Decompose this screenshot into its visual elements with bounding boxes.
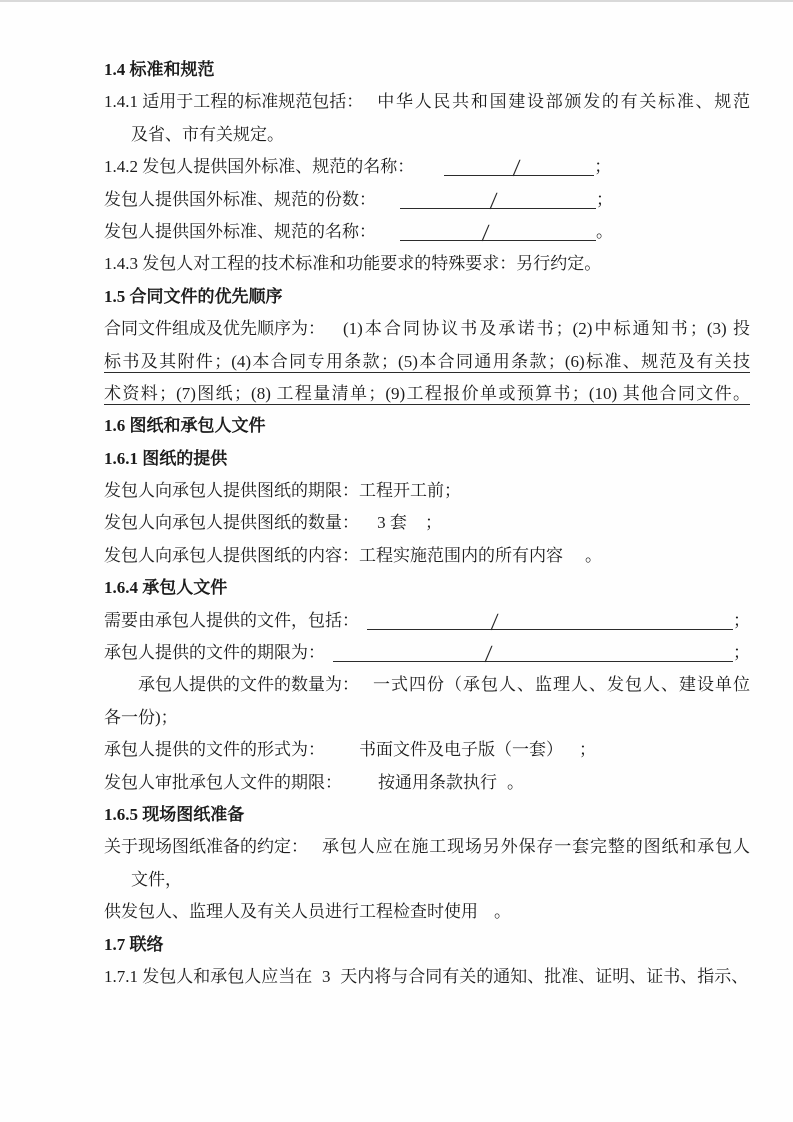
clause-text: 发包人提供国外标准、规范的份数： [104, 184, 376, 216]
blank-field: / [367, 615, 733, 630]
blank-field: / [444, 161, 594, 176]
filled-value: 3 套 [359, 507, 425, 539]
clause-1-4-2-copies: 发包人提供国外标准、规范的份数：/； [104, 184, 750, 216]
filled-value: 及省、市有关规定 [131, 119, 267, 151]
clause-1-6-4-quantity-cont: 各一份)； [104, 702, 750, 734]
clause-text: 1.4.1 适用于工程的标准规范包括： [104, 86, 363, 118]
clause-text: 。 [507, 767, 524, 799]
filled-value: 一式四份（承包人、监理人、发包人、建设单位 [359, 669, 750, 701]
clause-text: 1.7.1 发包人和承包人应当在 [104, 961, 312, 993]
clause-1-6-1-quantity: 发包人向承包人提供图纸的数量：3 套； [104, 507, 750, 539]
clause-text: 1.6.4 承包人文件 [104, 572, 227, 604]
clause-1-6-4-include: 需要由承包人提供的文件，包括：/； [104, 605, 750, 637]
slash-mark: / [512, 156, 521, 181]
clause-1-6-4-quantity: 承包人提供的文件的数量为：一式四份（承包人、监理人、发包人、建设单位 [104, 669, 750, 701]
clause-text: 需要由承包人提供的文件，包括： [104, 605, 359, 637]
document-body: 1.4 标准和规范1.4.1 适用于工程的标准规范包括：中华人民共和国建设部颁发… [104, 54, 750, 993]
filled-value: 另行约定 [516, 248, 584, 280]
clause-text: 。 [584, 248, 601, 280]
clause-text: ； [444, 475, 461, 507]
heading-1-6: 1.6 图纸和承包人文件 [104, 410, 750, 442]
clause-1-6-4-form: 承包人提供的文件的形式为：书面文件及电子版（一套）； [104, 734, 750, 766]
clause-text: ； [733, 637, 750, 669]
clause-text: 1.4.3 发包人对工程的技术标准和功能要求的特殊要求： [104, 248, 516, 280]
blank-field: / [333, 647, 733, 662]
heading-1-4: 1.4 标准和规范 [104, 54, 750, 86]
clause-1-5-line3: 术资料；(7)图纸；(8) 工程量清单；(9)工程报价单或预算书；(10) 其他… [104, 378, 750, 410]
clause-1-6-5-line3: 供发包人、监理人及有关人员进行工程检查时使用。 [104, 896, 750, 928]
clause-text: 1.5 合同文件的优先顺序 [104, 281, 283, 313]
filled-value: 承包人应在施工现场另外保存一套完整的图纸和承包人 [308, 831, 750, 863]
clause-text: 1.6.5 现场图纸准备 [104, 799, 244, 831]
clause-1-5-line1: 合同文件组成及优先顺序为：(1)本合同协议书及承诺书；(2)中标通知书；(3) … [104, 313, 750, 345]
slash-mark: / [489, 188, 498, 213]
clause-text: 发包人提供国外标准、规范的名称： [104, 216, 376, 248]
filled-value: (1)本合同协议书及承诺书；(2)中标通知书；(3) 投 [325, 313, 750, 345]
filled-value: 中华人民共和国建设部颁发的有关标准、规范 [363, 86, 750, 118]
clause-text: 。 [585, 540, 602, 572]
clause-text: 关于现场图纸准备的约定： [104, 831, 308, 863]
clause-text: ； [161, 702, 178, 734]
slash-mark: / [481, 221, 490, 246]
clause-1-6-1-content: 发包人向承包人提供图纸的内容：工程实施范围内的所有内容。 [104, 540, 750, 572]
heading-1-7: 1.7 联络 [104, 929, 750, 961]
clause-1-6-1-deadline: 发包人向承包人提供图纸的期限：工程开工前； [104, 475, 750, 507]
filled-value: 书面文件及电子版（一套） [325, 734, 579, 766]
clause-text: 承包人提供的文件的形式为： [104, 734, 325, 766]
heading-1-6-5: 1.6.5 现场图纸准备 [104, 799, 750, 831]
clause-text: 1.7 联络 [104, 929, 164, 961]
clause-text: 发包人向承包人提供图纸的内容： [104, 540, 359, 572]
clause-text: 1.6.1 图纸的提供 [104, 443, 227, 475]
filled-value: 术资料；(7)图纸；(8) 工程量清单；(9)工程报价单或预算书；(10) 其他… [104, 384, 750, 405]
clause-1-4-1: 1.4.1 适用于工程的标准规范包括：中华人民共和国建设部颁发的有关标准、规范 [104, 86, 750, 118]
contract-page: 1.4 标准和规范1.4.1 适用于工程的标准规范包括：中华人民共和国建设部颁发… [0, 0, 793, 1122]
filled-value: 各一份) [104, 702, 161, 734]
clause-1-6-4-deadline: 承包人提供的文件的期限为：/； [104, 637, 750, 669]
clause-text: 发包人向承包人提供图纸的期限： [104, 475, 359, 507]
clause-text: ； [733, 605, 750, 637]
filled-value: 供发包人、监理人及有关人员进行工程检查时使用 [104, 896, 494, 928]
filled-value: 按通用条款执行 [342, 767, 507, 799]
clause-text: 发包人向承包人提供图纸的数量： [104, 507, 359, 539]
clause-text: ； [579, 734, 596, 766]
blank-field: / [400, 194, 596, 209]
clause-text: 。 [267, 119, 284, 151]
filled-value: 文件， [131, 864, 182, 896]
clause-1-6-4-approve: 发包人审批承包人文件的期限：按通用条款执行。 [104, 767, 750, 799]
clause-1-4-2-name2: 发包人提供国外标准、规范的名称：/。 [104, 216, 750, 248]
filled-value: 标书及其附件；(4)本合同专用条款；(5)本合同通用条款；(6)标准、规范及有关… [104, 352, 750, 373]
slash-mark: / [491, 609, 500, 634]
clause-1-6-5-line2: 文件， [104, 864, 750, 896]
filled-value: 工程开工前 [359, 475, 444, 507]
slash-mark: / [484, 642, 493, 667]
clause-text: ； [594, 151, 611, 183]
clause-text: 1.4 标准和规范 [104, 54, 215, 86]
heading-1-6-4: 1.6.4 承包人文件 [104, 572, 750, 604]
clause-1-4-1-cont: 及省、市有关规定。 [104, 119, 750, 151]
clause-text: ； [425, 507, 442, 539]
clause-text: 。 [596, 216, 613, 248]
clause-text: 发包人审批承包人文件的期限： [104, 767, 342, 799]
clause-text: 1.6 图纸和承包人文件 [104, 410, 266, 442]
clause-text: 天内将与合同有关的通知、批准、证明、证书、指示、 [340, 961, 748, 993]
clause-text: 合同文件组成及优先顺序为： [104, 313, 325, 345]
clause-1-7-1: 1.7.1 发包人和承包人应当在3天内将与合同有关的通知、批准、证明、证书、指示… [104, 961, 750, 993]
clause-text: ； [596, 184, 613, 216]
clause-text: 1.4.2 发包人提供国外标准、规范的名称： [104, 151, 414, 183]
clause-text: 。 [494, 896, 511, 928]
heading-1-6-1: 1.6.1 图纸的提供 [104, 443, 750, 475]
clause-1-4-2-name: 1.4.2 发包人提供国外标准、规范的名称：/； [104, 151, 750, 183]
clause-text: 承包人提供的文件的期限为： [104, 637, 325, 669]
clause-1-5-line2: 标书及其附件；(4)本合同专用条款；(5)本合同通用条款；(6)标准、规范及有关… [104, 346, 750, 378]
filled-value: 3 [312, 961, 340, 993]
clause-1-4-3: 1.4.3 发包人对工程的技术标准和功能要求的特殊要求：另行约定。 [104, 248, 750, 280]
blank-field: / [400, 226, 596, 241]
clause-1-6-5-line1: 关于现场图纸准备的约定：承包人应在施工现场另外保存一套完整的图纸和承包人 [104, 831, 750, 863]
heading-1-5: 1.5 合同文件的优先顺序 [104, 281, 750, 313]
clause-text: 承包人提供的文件的数量为： [138, 669, 359, 701]
filled-value: 工程实施范围内的所有内容 [359, 540, 585, 572]
